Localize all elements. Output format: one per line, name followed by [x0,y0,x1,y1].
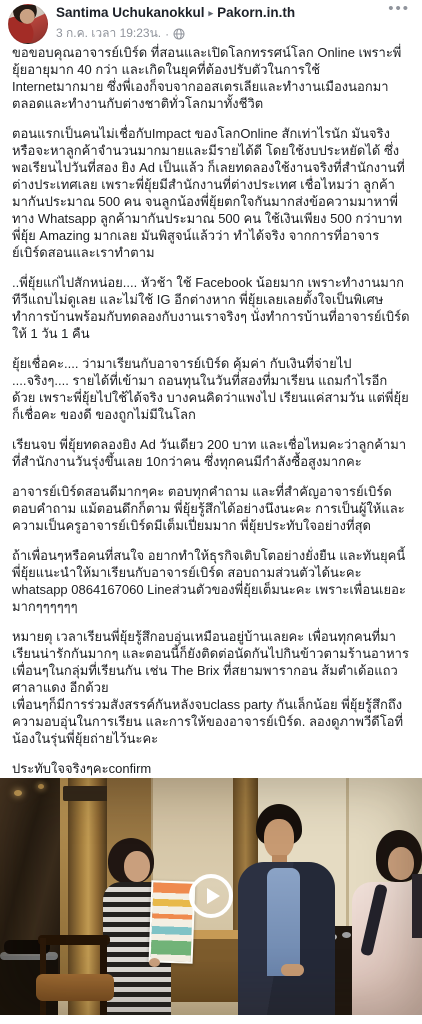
scene-right-woman-face [388,847,414,880]
post-byline: Santima Uchukanokkul▸Pakorn.in.th [56,5,382,20]
scene-mirror-frame [60,778,68,988]
post-paragraph: ประทับใจจริงๆคะconfirm [12,760,410,777]
scene-backpack [412,874,422,938]
scene-reflected-light [38,784,44,789]
video-player[interactable] [0,778,422,1015]
scene-chair-seat [36,974,114,1001]
scene-pillar-capital [63,786,112,801]
post-header: Santima Uchukanokkul▸Pakorn.in.th 3 ก.ค.… [0,0,422,44]
scene-reflected-light [14,790,22,796]
shared-to-page[interactable]: Pakorn.in.th [217,5,295,20]
scene-man-face [264,819,294,858]
scene-left-woman-face [124,851,150,882]
scene-man-blue-shirt [267,868,300,976]
post-paragraph: ขอขอบคุณอาจารย์เบิร์ด ที่สอนและเปิดโลกทร… [12,44,410,112]
post-paragraph: เรียนจบ พี่ยุ้ยทดลองยิง Ad วันเดียว 200 … [12,436,410,470]
globe-icon [173,28,185,40]
shared-to-arrow-icon: ▸ [209,8,214,18]
facebook-post: Santima Uchukanokkul▸Pakorn.in.th 3 ก.ค.… [0,0,422,1024]
post-paragraph: หมายตุ เวลาเรียนพี่ยุ้ยรู้สึกอบอุ่นเหมือ… [12,628,410,747]
scene-man-hands [281,964,304,976]
avatar[interactable] [8,4,48,44]
post-paragraph: ยุ้ยเชื่อคะ.... ว่ามาเรียนกับอาจารย์เบิร… [12,355,410,423]
timestamp[interactable]: 3 ก.ค. เวลา 19:23น. [56,24,161,43]
post-paragraph: อาจารย์เบิร์ดสอนดีมากๆคะ ตอบทุกคำถาม และ… [12,483,410,534]
more-options-icon[interactable]: ••• [388,0,410,17]
header-text: Santima Uchukanokkul▸Pakorn.in.th 3 ก.ค.… [56,5,382,43]
scene-glassware [342,932,351,938]
play-icon[interactable] [207,888,220,904]
author-name[interactable]: Santima Uchukanokkul [56,5,205,20]
post-paragraph: ถ้าเพื่อนๆหรือคนที่สนใจ อยากทำให้ธุรกิจเ… [12,547,410,615]
post-paragraph: ..พี่ยุ้ยแก่ไปสักหน่อย.... หัวช้า ใช้ Fa… [12,274,410,342]
post-text: ขอขอบคุณอาจารย์เบิร์ด ที่สอนและเปิดโลกทร… [0,42,422,778]
scene-left-woman-hand [149,958,160,967]
scene-wall-seam [346,778,349,948]
meta-separator: · [165,27,169,41]
post-meta: 3 ก.ค. เวลา 19:23น. · [56,24,382,43]
post-paragraph: ตอนแรกเป็นคนไม่เชื่อกับImpact ของโลกOnli… [12,125,410,261]
